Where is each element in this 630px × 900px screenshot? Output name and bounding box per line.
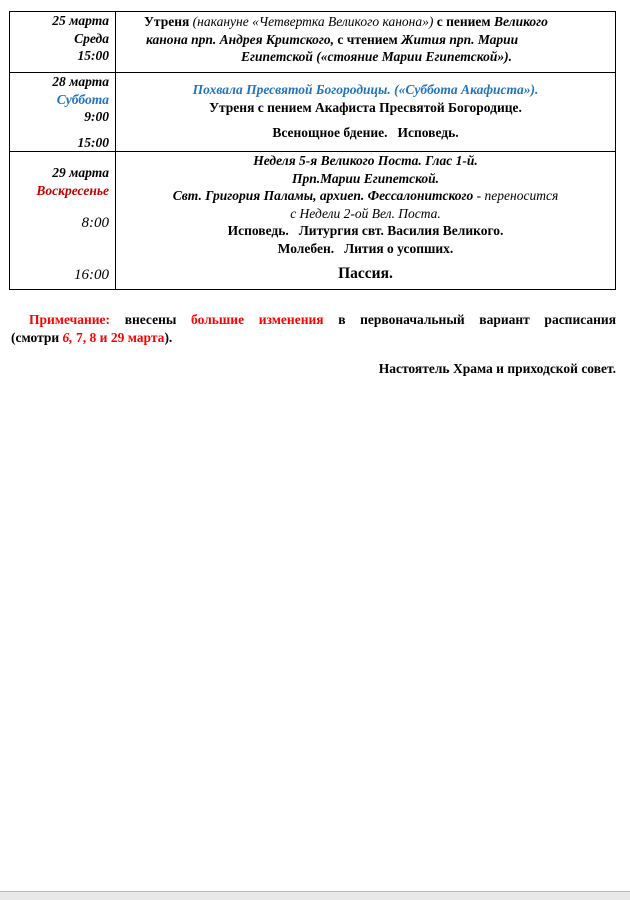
note-label: Примечание: (29, 312, 110, 327)
service-text: Литургия свт. Василия Великого. (299, 223, 504, 238)
schedule-row: 29 марта Воскресенье 8:00 16:00 Неделя 5… (10, 152, 616, 290)
signature: Настоятель Храма и приходской совет. (379, 361, 616, 377)
date-cell: 28 марта Суббота 9:00 15:00 (10, 73, 116, 152)
time: 8:00 (10, 215, 109, 233)
service-text: Всенощное бдение. (272, 125, 387, 140)
desc-line: Свт. Григория Паламы, архиеп. Фессалонит… (116, 187, 615, 205)
weekday: Суббота (10, 91, 109, 109)
service-text: Молебен. (278, 241, 334, 256)
note-text: ). (164, 330, 172, 345)
date: 28 марта (10, 73, 109, 91)
description-cell: Неделя 5-я Великого Поста. Глас 1-й. Прп… (116, 152, 616, 290)
service-text: Великого (494, 14, 548, 29)
service-note: (накануне «Четвертка Великого канона») (189, 14, 433, 29)
schedule-row: 25 марта Среда 15:00 Утреня (накануне «Ч… (10, 12, 616, 73)
date: 25 марта (10, 12, 109, 30)
date-cell: 25 марта Среда 15:00 (10, 12, 116, 73)
desc-line: Пассия. (116, 265, 615, 283)
service-text: Исповедь. (228, 223, 289, 238)
desc-line: Неделя 5-я Великого Поста. Глас 1-й. (116, 152, 615, 170)
page-bottom-bar (0, 891, 630, 900)
desc-line: Молебен.Лития о усопших. (116, 240, 615, 258)
service-name: Утреня (144, 14, 189, 29)
service-text: Жития прп. Марии (401, 32, 518, 47)
note-paragraph: Примечание: внесены большие изменения в … (11, 311, 616, 347)
description-cell: Похвала Пресвятой Богородицы. («Суббота … (116, 73, 616, 152)
weekday: Среда (10, 30, 109, 48)
desc-line: Прп.Марии Египетской. (116, 170, 615, 188)
note-text: внесены (110, 312, 191, 327)
time: 9:00 (10, 108, 109, 126)
service-text: Свт. Григория Паламы, архиеп. Фессалонит… (173, 188, 474, 203)
time: 16:00 (10, 267, 109, 285)
service-text: Исповедь. (398, 125, 459, 140)
note-text: (смотри (11, 330, 63, 345)
desc-line: канона прп. Андрея Критского, с чтением … (144, 31, 609, 49)
weekday: Воскресенье (10, 182, 109, 200)
service-text: канона прп. Андрея Критского, (146, 32, 334, 47)
description-cell: Утреня (накануне «Четвертка Великого кан… (116, 12, 616, 73)
service-text: с чтением (334, 32, 401, 47)
time: 15:00 (10, 134, 109, 152)
service-text: Лития о усопших. (344, 241, 453, 256)
service-text: с пением (433, 14, 494, 29)
desc-line: с Недели 2-ой Вел. Поста. (116, 205, 615, 223)
schedule-row: 28 марта Суббота 9:00 15:00 Похвала Прес… (10, 73, 616, 152)
note-dates: 7, 8 и 29 марта (73, 330, 165, 345)
desc-line: Исповедь.Литургия свт. Василия Великого. (116, 222, 615, 240)
time: 15:00 (10, 47, 109, 65)
note-dates: 6, (63, 330, 73, 345)
note-text: в первоначальный вариант расписания (324, 312, 616, 327)
desc-line: Всенощное бдение.Исповедь. (116, 124, 615, 142)
date: 29 марта (10, 164, 109, 182)
date-cell: 29 марта Воскресенье 8:00 16:00 (10, 152, 116, 290)
note-highlight: большие изменения (191, 312, 324, 327)
schedule-table: 25 марта Среда 15:00 Утреня (накануне «Ч… (9, 11, 616, 290)
desc-line: Утреня с пением Акафиста Пресвятой Богор… (116, 99, 615, 117)
desc-line: Египетской («стояние Марии Египетской»). (144, 48, 609, 66)
desc-line: Утреня (накануне «Четвертка Великого кан… (144, 13, 609, 31)
feast-title: Похвала Пресвятой Богородицы. («Суббота … (116, 81, 615, 99)
service-note: - переносится (473, 188, 558, 203)
